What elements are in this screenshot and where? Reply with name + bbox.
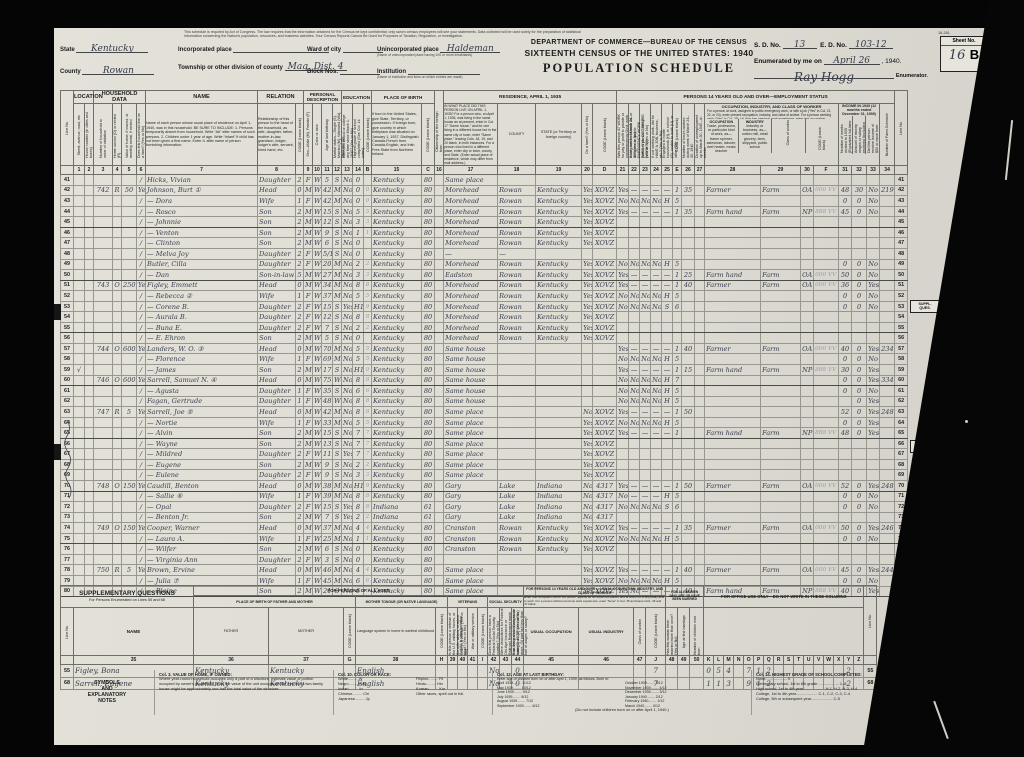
cell: Daughter — [258, 449, 296, 460]
cell: ∕ — [137, 386, 146, 397]
cell: — Virginia Ann — [146, 554, 258, 565]
cell: Kentucky — [372, 259, 422, 270]
cell: — — [651, 343, 662, 354]
cell — [435, 217, 444, 228]
cell: No — [342, 333, 353, 344]
cell — [536, 470, 582, 481]
cell: Morehead — [444, 301, 498, 312]
cell — [880, 396, 895, 407]
cell — [74, 417, 85, 428]
cell — [761, 438, 801, 449]
cell: OA — [801, 343, 814, 354]
cell — [435, 470, 444, 481]
cell: 80 — [422, 259, 435, 270]
cell — [801, 217, 814, 228]
cell: Cooper, Warner — [146, 523, 258, 534]
cell — [761, 333, 801, 344]
column-number: J — [646, 656, 666, 665]
cell: Yes — [617, 270, 629, 281]
cell: XOVZ — [593, 407, 617, 418]
cell: 80 — [422, 227, 435, 238]
cell — [682, 249, 695, 260]
cell: 0 — [353, 554, 364, 565]
cell — [705, 322, 761, 333]
cell: Yes — [582, 417, 593, 428]
line-number: 44 — [61, 206, 74, 217]
cell: 600 — [122, 343, 137, 354]
cell — [867, 312, 880, 323]
cell: Gary — [444, 512, 498, 523]
cell — [801, 196, 814, 207]
cell: 7 — [322, 512, 333, 523]
cell: Rowan — [498, 270, 536, 281]
cell — [94, 502, 113, 513]
cell: No — [342, 459, 353, 470]
cell — [122, 196, 137, 207]
emergency-work-header: If not, was he at work on, or assigned t… — [629, 104, 640, 166]
cell: W — [313, 449, 322, 460]
cell — [761, 491, 801, 502]
cell — [761, 459, 801, 470]
cell — [662, 238, 673, 249]
cell: Yes — [137, 343, 146, 354]
cell: No — [582, 533, 593, 544]
cell — [113, 291, 122, 302]
cell — [651, 312, 662, 323]
cell — [74, 449, 85, 460]
cell: Farmer — [705, 523, 761, 534]
cell: 8 — [364, 375, 372, 386]
suppl-title-box: SUPPLEMENTARY QUESTIONS For Persons Enum… — [61, 586, 194, 608]
cell: M — [333, 196, 342, 207]
cell — [814, 502, 839, 513]
line-number: 51 — [61, 280, 74, 291]
cell — [682, 312, 695, 323]
cell: No — [867, 301, 880, 312]
cell — [852, 470, 867, 481]
cell: Johnson, Burt ① — [146, 185, 258, 196]
cell: M — [333, 491, 342, 502]
cell: No — [342, 375, 353, 386]
cell: No — [342, 491, 353, 502]
cell: H — [662, 354, 673, 365]
cell — [113, 175, 122, 186]
cell: Wife — [258, 291, 296, 302]
block-field: Block Nos. — [307, 66, 380, 75]
cell — [85, 270, 94, 281]
cell: — — [640, 280, 651, 291]
table-row: 52∕— Rebecca ②Wife1FW37MNo55Kentucky80Mo… — [61, 291, 908, 302]
cell: Farm — [761, 365, 801, 376]
cell: No — [867, 185, 880, 196]
cell — [695, 375, 705, 386]
cell: H — [662, 396, 673, 407]
column-number: 31 — [839, 166, 852, 175]
cell — [94, 227, 113, 238]
cell: No — [629, 386, 640, 397]
column-number: 7 — [146, 166, 258, 175]
table-row: 51743O250YesFigley, EmmettHead0MW34MNo88… — [61, 280, 908, 291]
cell — [94, 322, 113, 333]
cell: 5 — [364, 343, 372, 354]
cell: Kentucky — [372, 333, 422, 344]
cell: XOVZ — [593, 333, 617, 344]
column-number: O — [744, 656, 754, 665]
cell: O — [113, 343, 122, 354]
cell: 749 — [94, 523, 113, 534]
table-row: 54∕— Aurala B.Daughter2FW12SNo88Kentucky… — [61, 312, 908, 323]
cell: 0 — [364, 185, 372, 196]
cell — [94, 291, 113, 302]
cell — [94, 396, 113, 407]
cell — [662, 227, 673, 238]
cell — [85, 343, 94, 354]
line-number: 56 — [61, 333, 74, 344]
cell — [582, 396, 593, 407]
cell — [695, 322, 705, 333]
cell: F — [304, 449, 313, 460]
cell — [617, 554, 629, 565]
cell: 0 — [852, 280, 867, 291]
cell — [801, 354, 814, 365]
cell: Yes — [582, 312, 593, 323]
column-number: 38 — [356, 656, 436, 665]
cell — [801, 386, 814, 397]
cell: — Alvin — [146, 428, 258, 439]
ed-value: 103-12 — [855, 40, 887, 50]
cell: M — [333, 280, 342, 291]
cell: Yes — [582, 185, 593, 196]
marital-header: Marital status—Single (S), Married (M), … — [333, 104, 342, 166]
column-number: 30 — [801, 166, 814, 175]
cell — [113, 217, 122, 228]
cell — [682, 291, 695, 302]
cell — [761, 322, 801, 333]
cell: Kentucky — [372, 322, 422, 333]
cell: Kentucky — [372, 396, 422, 407]
cell: 2 — [296, 333, 304, 344]
cell — [94, 196, 113, 207]
cell — [617, 459, 629, 470]
cell: 15 — [322, 301, 333, 312]
cell: Farm hand — [705, 428, 761, 439]
cell: Kentucky — [536, 206, 582, 217]
cell — [695, 217, 705, 228]
column-number: 14 — [353, 166, 364, 175]
cell: 5 — [364, 417, 372, 428]
cell: No — [342, 544, 353, 555]
cell: 0 — [296, 481, 304, 492]
cell: Cranston — [444, 544, 498, 555]
cell — [662, 554, 673, 565]
cell: 1 — [673, 185, 682, 196]
cell: — Agusta — [146, 386, 258, 397]
cell — [880, 217, 895, 228]
cell — [85, 312, 94, 323]
cell: M — [304, 407, 313, 418]
cell — [682, 428, 695, 439]
cell: Wife — [258, 417, 296, 428]
cell — [852, 322, 867, 333]
suppl-line-col: Line No. — [61, 608, 74, 656]
cell: Morehead — [444, 312, 498, 323]
cell: Kentucky — [372, 175, 422, 186]
cell — [94, 491, 113, 502]
cell: 80 — [422, 407, 435, 418]
cell — [85, 259, 94, 270]
mother-header: MOTHER — [269, 608, 344, 656]
cell — [435, 259, 444, 270]
cell: Yes — [137, 565, 146, 576]
cell: 5 — [296, 270, 304, 281]
cell: No — [342, 175, 353, 186]
cell: Morehead — [444, 185, 498, 196]
cell — [695, 343, 705, 354]
cell — [640, 449, 651, 460]
cell — [113, 512, 122, 523]
cell — [705, 554, 761, 565]
cell — [122, 428, 137, 439]
cell: 5 — [122, 407, 137, 418]
line-number: 54 — [895, 312, 908, 323]
cell — [662, 175, 673, 186]
cell — [629, 227, 640, 238]
cell — [629, 544, 640, 555]
cell — [867, 512, 880, 523]
cell: M — [304, 227, 313, 238]
cell — [435, 459, 444, 470]
cell: ∕ — [137, 502, 146, 513]
cell: W — [313, 523, 322, 534]
cell: 2 — [353, 459, 364, 470]
age-first-marriage-header: Age at first marriage — [678, 608, 690, 656]
cell: 0 — [353, 333, 364, 344]
cell: W — [313, 270, 322, 281]
table-row: 50∕— DanSon-in-law5MW27MNo33Kentucky80Ea… — [61, 270, 908, 281]
cell — [85, 249, 94, 260]
cell — [682, 449, 695, 460]
cell: 5 — [353, 343, 364, 354]
cell: H — [662, 417, 673, 428]
cell — [695, 185, 705, 196]
cell: 42 — [322, 196, 333, 207]
cell: 1 — [673, 407, 682, 418]
cell — [673, 544, 682, 555]
cell: 0 — [839, 502, 852, 513]
line-number: 67 — [895, 449, 908, 460]
cell: Morehead — [444, 259, 498, 270]
cell — [94, 312, 113, 323]
cell: ∕ — [137, 554, 146, 565]
cell: Kentucky — [372, 375, 422, 386]
cell: No — [867, 386, 880, 397]
cell: W — [313, 301, 322, 312]
cell — [498, 396, 536, 407]
cell: Yes — [137, 375, 146, 386]
cell — [682, 544, 695, 555]
cell: 80 — [422, 185, 435, 196]
cell — [113, 438, 122, 449]
cell — [761, 249, 801, 260]
cell — [682, 533, 695, 544]
cell — [498, 449, 536, 460]
cell: Yes — [867, 365, 880, 376]
cell: Wife — [258, 196, 296, 207]
cell: 3 — [364, 470, 372, 481]
usual-occupation-blurb: Enter that occupation which the person r… — [524, 596, 666, 608]
table-row: 47∕— ClintonSon2MW6SNo0Kentucky80Morehea… — [61, 238, 908, 249]
column-number: K — [704, 656, 714, 665]
cell: XOVZ — [593, 291, 617, 302]
cell: Daughter — [258, 322, 296, 333]
suppl-ques-stamp-55: SUPPL. QUES. — [910, 300, 940, 313]
cell — [695, 354, 705, 365]
column-number: 35 — [74, 656, 194, 665]
cell: Same house — [444, 365, 498, 376]
cell — [113, 354, 122, 365]
cell: 8 — [353, 375, 364, 386]
cell: No — [342, 280, 353, 291]
cell: 42 — [322, 407, 333, 418]
cell: — — [629, 280, 640, 291]
cell: W — [313, 185, 322, 196]
cell: ∕ — [137, 459, 146, 470]
cell — [682, 491, 695, 502]
cell: Yes — [582, 206, 593, 217]
cell — [85, 354, 94, 365]
cell: Yes — [617, 365, 629, 376]
cell — [801, 396, 814, 407]
cell: 1 — [296, 291, 304, 302]
column-number: Q — [764, 656, 774, 665]
cell: Kentucky — [372, 280, 422, 291]
cell — [536, 554, 582, 565]
cell: 0 — [839, 386, 852, 397]
cell: 75 — [322, 375, 333, 386]
cell — [801, 544, 814, 555]
cell: 334 — [880, 375, 895, 386]
cell: 1 — [673, 280, 682, 291]
cell: S — [333, 502, 342, 513]
cell — [867, 249, 880, 260]
cell — [640, 333, 651, 344]
cell: 4 — [353, 523, 364, 534]
column-number: 13 — [342, 166, 353, 175]
cell: 80 — [422, 438, 435, 449]
personal-group: PERSONAL DESCRIPTION — [304, 91, 342, 104]
cell: S — [333, 206, 342, 217]
cell: — — [444, 249, 498, 260]
column-number: 3 — [94, 166, 113, 175]
cell — [122, 459, 137, 470]
cell: — — [640, 206, 651, 217]
cell — [814, 459, 839, 470]
cell — [682, 459, 695, 470]
cell: Yes — [617, 428, 629, 439]
cell — [498, 428, 536, 439]
cell: 9 — [322, 470, 333, 481]
column-number: 32 — [852, 166, 867, 175]
cell: No — [640, 533, 651, 544]
cell: — Florence — [146, 354, 258, 365]
cell — [814, 333, 839, 344]
cell: XOVZ — [593, 470, 617, 481]
cell: OA — [801, 523, 814, 534]
cell: Kentucky — [372, 386, 422, 397]
cell: 0 — [852, 407, 867, 418]
column-number: 27 — [695, 166, 705, 175]
cell: Wd — [333, 375, 342, 386]
cell: 742 — [94, 185, 113, 196]
cell: Kentucky — [536, 312, 582, 323]
cell: 6 — [322, 544, 333, 555]
cell — [880, 502, 895, 513]
occupation-header: OCCUPATIONTrade, profession, or particul… — [705, 119, 738, 153]
cell — [662, 438, 673, 449]
cell — [74, 301, 85, 312]
cell — [85, 459, 94, 470]
cell — [435, 249, 444, 260]
cell: S — [333, 365, 342, 376]
cell: Yes — [582, 459, 593, 470]
column-number: W — [824, 656, 834, 665]
cell: No — [342, 470, 353, 481]
cell: 80 — [422, 175, 435, 186]
cell — [113, 459, 122, 470]
cell: Kentucky — [372, 354, 422, 365]
table-row: 70748O1500YesCaudill, BentonHead0MW38MNo… — [61, 481, 908, 492]
cell: 600 — [122, 375, 137, 386]
cell — [85, 333, 94, 344]
cell: ∕ — [137, 417, 146, 428]
cell: Yes — [617, 481, 629, 492]
cell: XOVZ — [593, 533, 617, 544]
cell: 2 — [353, 322, 364, 333]
cell — [705, 459, 761, 470]
cell — [435, 565, 444, 576]
cell — [364, 544, 372, 555]
birthplace-code-header: CODE (Leave blank) — [422, 104, 435, 166]
cell — [617, 322, 629, 333]
cell: Yes — [137, 280, 146, 291]
cell — [593, 386, 617, 397]
cell — [113, 365, 122, 376]
cell — [705, 417, 761, 428]
cell: S — [333, 449, 342, 460]
cell: 48 — [839, 185, 852, 196]
cell — [839, 396, 852, 407]
cell: F — [304, 291, 313, 302]
cell — [695, 449, 705, 460]
cell — [593, 554, 617, 565]
cell — [617, 449, 629, 460]
cell: No — [629, 291, 640, 302]
cell: 1 — [673, 481, 682, 492]
cell — [536, 449, 582, 460]
cell: S — [333, 175, 342, 186]
cell: Daughter — [258, 312, 296, 323]
cell — [839, 512, 852, 523]
cell — [880, 206, 895, 217]
cell: — — [640, 407, 651, 418]
cell — [74, 565, 85, 576]
cell — [617, 438, 629, 449]
cell: No — [342, 428, 353, 439]
cell — [582, 249, 593, 260]
cell: No — [342, 554, 353, 565]
cell — [852, 438, 867, 449]
suppl-leaf-row: Line No. NAME FATHER MOTHER CODE (Leave … — [61, 608, 877, 656]
